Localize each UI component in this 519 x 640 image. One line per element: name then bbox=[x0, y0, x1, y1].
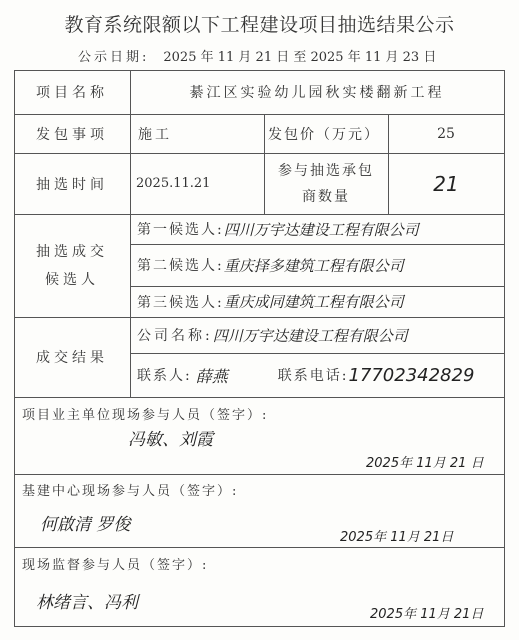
page-title: 教育系统限额以下工程建设项目抽选结果公示 bbox=[0, 10, 519, 37]
candidate-3-value: 重庆成同建筑工程有限公司 bbox=[224, 291, 404, 312]
contract-price-value: 25 bbox=[388, 114, 504, 153]
center-signature-date: 2025年 11月 21日 bbox=[340, 526, 453, 545]
candidate-2-value: 重庆择多建筑工程有限公司 bbox=[224, 255, 404, 276]
project-name-value: 綦江区实验幼儿园秋实楼翻新工程 bbox=[130, 70, 504, 114]
announcement-range: 2025 年 11 月 21 日 至 2025 年 11 月 23 日 bbox=[163, 50, 436, 65]
bidder-count-label-line1: 参与抽选承包 bbox=[278, 158, 374, 184]
result-contact-label: 联系人: bbox=[137, 365, 192, 385]
col-divider bbox=[130, 70, 131, 397]
contract-item-label: 发包事项 bbox=[14, 114, 130, 153]
draw-time-label: 抽选时间 bbox=[14, 153, 130, 214]
candidate-1-label: 第一候选人: bbox=[137, 219, 224, 239]
result-contact: 联系人: 薛燕 联系电话: 17702342829 bbox=[137, 353, 504, 397]
bidder-count-label-line2: 商数量 bbox=[302, 184, 350, 210]
candidate-1: 第一候选人: 四川万宇达建设工程有限公司 bbox=[137, 214, 504, 244]
contract-item-value: 施工 bbox=[138, 114, 264, 153]
announcement-label: 公示日期: bbox=[78, 50, 149, 65]
candidates-label: 抽选成交 候选人 bbox=[14, 214, 130, 317]
project-name-label: 项目名称 bbox=[14, 70, 130, 114]
candidate-3-label: 第三候选人: bbox=[137, 292, 224, 312]
row-divider bbox=[14, 547, 505, 548]
candidates-label-line1: 抽选成交 bbox=[36, 238, 108, 266]
result-phone-label: 联系电话: bbox=[278, 365, 349, 385]
result-phone-value: 17702342829 bbox=[348, 365, 474, 386]
center-signature-names: 何啟清 罗俊 bbox=[40, 510, 130, 535]
result-company-value: 四川万宇达建设工程有限公司 bbox=[213, 325, 408, 346]
owner-signature-date: 2025年 11月 21 日 bbox=[366, 452, 484, 471]
result-company: 公司名称: 四川万宇达建设工程有限公司 bbox=[137, 317, 504, 353]
owner-signature-names: 冯敏、刘霞 bbox=[128, 425, 213, 450]
result-company-label: 公司名称: bbox=[137, 325, 213, 345]
candidate-2: 第二候选人: 重庆择多建筑工程有限公司 bbox=[137, 244, 504, 286]
supervision-signature-heading: 现场监督参与人员（签字）: bbox=[22, 554, 208, 573]
supervision-signature-names: 林绪言、冯利 bbox=[36, 588, 138, 613]
supervision-signature-date: 2025年 11月 21日 bbox=[370, 603, 483, 622]
candidate-2-label: 第二候选人: bbox=[137, 255, 224, 275]
candidate-1-value: 四川万宇达建设工程有限公司 bbox=[224, 219, 419, 240]
table-border-bottom bbox=[14, 626, 505, 627]
result-contact-value: 薛燕 bbox=[196, 364, 270, 387]
center-signature-heading: 基建中心现场参与人员（签字）: bbox=[22, 480, 238, 499]
bidder-count-label: 参与抽选承包 商数量 bbox=[264, 153, 388, 214]
bidder-count-value: 21 bbox=[388, 153, 504, 214]
announcement-dates: 公示日期:2025 年 11 月 21 日 至 2025 年 11 月 23 日 bbox=[78, 46, 436, 65]
draw-time-value: 2025.11.21 bbox=[136, 153, 264, 214]
candidates-label-line2: 候选人 bbox=[45, 266, 99, 294]
row-divider bbox=[14, 474, 505, 475]
owner-signature-heading: 项目业主单位现场参与人员（签字）: bbox=[22, 404, 268, 423]
row-divider bbox=[14, 397, 505, 398]
candidate-3: 第三候选人: 重庆成同建筑工程有限公司 bbox=[137, 286, 504, 317]
contract-price-label: 发包价（万元） bbox=[268, 114, 388, 153]
result-label: 成交结果 bbox=[14, 317, 130, 397]
